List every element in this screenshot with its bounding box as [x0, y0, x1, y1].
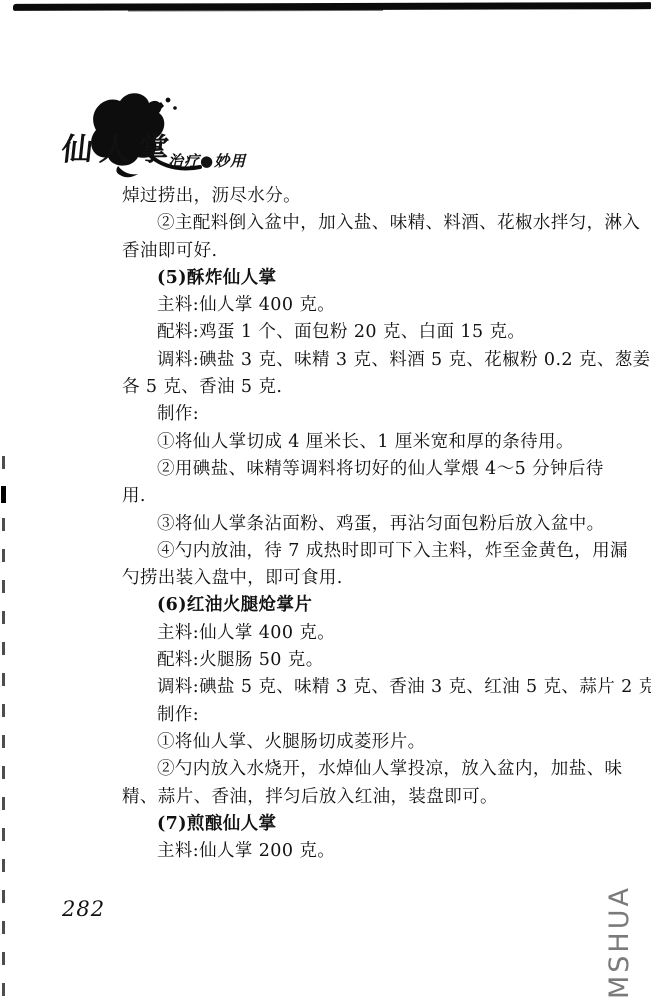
content: 焯过捞出，沥尽水分。②主配料倒入盆中，加入盐、味精、料酒、花椒水拌匀，淋入香油即… — [122, 183, 600, 865]
text-line: 制作: — [122, 702, 600, 729]
text-line: 调料:碘盐 5 克、味精 3 克、香油 3 克、红油 5 克、蒜片 2 克。 — [122, 674, 600, 701]
text-line: 各 5 克、香油 5 克. — [122, 374, 600, 401]
scanned-book-page: 仙人掌 治疗●妙用 焯过捞出，沥尽水分。②主配料倒入盆中，加入盐、味精、料酒、花… — [0, 0, 651, 1001]
text-line: 主料:仙人掌 400 克。 — [122, 292, 600, 319]
scan-top-edge-stripe — [13, 2, 651, 11]
text-line: 配料:火腿肠 50 克。 — [122, 647, 600, 674]
text-line: ②主配料倒入盆中，加入盐、味精、料酒、花椒水拌匀，淋入 — [122, 210, 600, 237]
text-line: 用. — [122, 483, 600, 510]
text-line: 精、蒜片、香油，拌匀后放入红油，装盘即可。 — [122, 784, 600, 811]
text-line: ①将仙人掌切成 4 厘米长、1 厘米宽和厚的条待用。 — [122, 429, 600, 456]
watermark: MSHUA — [604, 849, 635, 999]
text-line: 调料:碘盐 3 克、味精 3 克、料酒 5 克、花椒粉 0.2 克、葱姜 — [122, 347, 600, 374]
book-header-logo: 仙人掌 治疗●妙用 — [58, 88, 273, 188]
section-heading: (7)煎酿仙人掌 — [122, 811, 600, 838]
text-line: ②勺内放入水烧开，水焯仙人掌投凉，放入盆内，加盐、味 — [122, 756, 600, 783]
text-line: 主料:仙人掌 200 克。 — [122, 838, 600, 865]
text-line: 焯过捞出，沥尽水分。 — [122, 183, 600, 210]
section-heading: (5)酥炸仙人掌 — [122, 265, 600, 292]
text-line: 配料:鸡蛋 1 个、面包粉 20 克、白面 15 克。 — [122, 319, 600, 346]
scan-left-edge-marks — [2, 456, 5, 1001]
text-line: ③将仙人掌条沾面粉、鸡蛋，再沾匀面包粉后放入盆中。 — [122, 511, 600, 538]
section-heading: (6)红油火腿炝掌片 — [122, 592, 600, 619]
page-number: 282 — [62, 897, 105, 921]
text-line: 香油即可好. — [122, 238, 600, 265]
logo-title: 仙人掌 — [60, 124, 179, 169]
text-line: 制作: — [122, 401, 600, 428]
text-line: 主料:仙人掌 400 克。 — [122, 620, 600, 647]
text-line: ④勺内放油，待 7 成热时即可下入主料，炸至金黄色，用漏 — [122, 538, 600, 565]
text-line: ①将仙人掌、火腿肠切成菱形片。 — [122, 729, 600, 756]
logo-subtitle: 治疗●妙用 — [168, 150, 246, 171]
text-line: 勺捞出装入盘中，即可食用. — [122, 565, 600, 592]
text-line: ②用碘盐、味精等调料将切好的仙人掌煨 4～5 分钟后待 — [122, 456, 600, 483]
